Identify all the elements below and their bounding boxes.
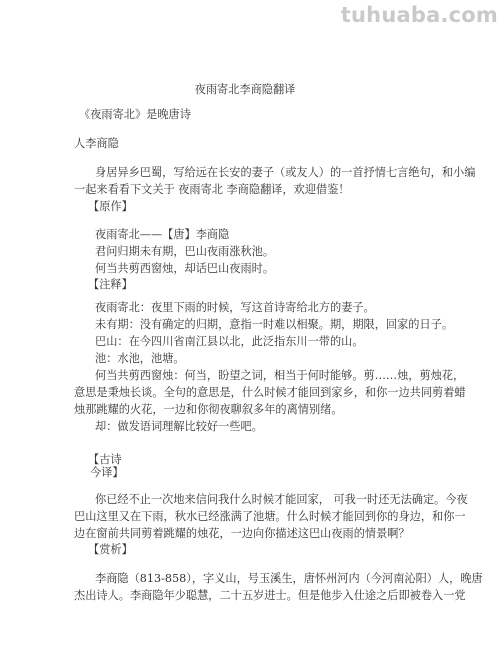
poem-line: 何当共剪西窗烛，却话巴山夜雨时。 xyxy=(95,262,274,276)
intro-line: 一起来看看下文关于 夜雨寄北 李商隐翻译，欢迎借鉴！ xyxy=(74,183,350,197)
note-line: 未有期：没有确定的归期，意指一时难以相聚。期，期限，回家的日子。 xyxy=(95,318,453,332)
author-line: 人李商隐 xyxy=(74,137,119,151)
translation-line: 巴山这里又在下雨，秋水已经涨满了池塘。什么时候才能回到你的身边，和你一 xyxy=(74,510,466,524)
note-line: 池：水池，池塘。 xyxy=(95,352,185,366)
note-que-line: 却：做发语词理解比较好一些吧。 xyxy=(95,420,263,434)
note-long-line: 意思是秉烛长谈。全句的意思是，什么时候才能回到家乡，和你一边共同剪着蜡 xyxy=(74,386,466,400)
intro-line: 身居异乡巴蜀，写给远在长安的妻子（或友人）的一首抒情七言绝句，和小编 xyxy=(95,166,475,180)
section-heading-translation: 今译】 xyxy=(90,466,124,480)
subtitle: 《夜雨寄北》是晚唐诗 xyxy=(79,108,191,122)
section-heading-original: 【原作】 xyxy=(88,200,133,214)
section-heading-ancient: 【古诗 xyxy=(88,453,122,467)
translation-line: 你已经不止一次地来信问我什么时候才能回家， 可我一时还无法确定。今夜 xyxy=(95,493,468,507)
note-line: 巴山：在今四川省南江县以北，此泛指东川一带的山。 xyxy=(95,335,364,349)
section-heading-appreciation: 【赏析】 xyxy=(88,543,133,557)
note-line: 夜雨寄北：夜里下雨的时候，写这首诗寄给北方的妻子。 xyxy=(95,301,375,315)
note-long-line: 烛那跳耀的火花，一边和你彻夜聊叙多年的离情别绪。 xyxy=(74,403,343,417)
appreciation-line: 李商隐（813-858），字义山，号玉溪生，唐怀州河内（今河南沁阳）人，晚唐 xyxy=(95,572,483,586)
watermark-text: tuhuaba.com xyxy=(341,3,498,27)
translation-line: 边在窗前共同剪着跳耀的烛花，一边向你描述这巴山夜雨的情景啊？ xyxy=(74,527,410,541)
page-title: 夜雨寄北李商隐翻译 xyxy=(74,83,416,97)
poem-line: 君问归期未有期，巴山夜雨涨秋池。 xyxy=(95,245,274,259)
section-heading-notes: 【注释】 xyxy=(88,278,133,292)
appreciation-line: 杰出诗人。李商隐年少聪慧，二十五岁进士。但是他步入仕途之后即被卷入一党 xyxy=(74,589,466,603)
note-long-line: 何当共剪西窗烛：何当，盼望之词，相当于何时能够。剪……烛，剪烛花， xyxy=(95,369,464,383)
poem-line: 夜雨寄北——【唐】李商隐 xyxy=(95,228,229,242)
